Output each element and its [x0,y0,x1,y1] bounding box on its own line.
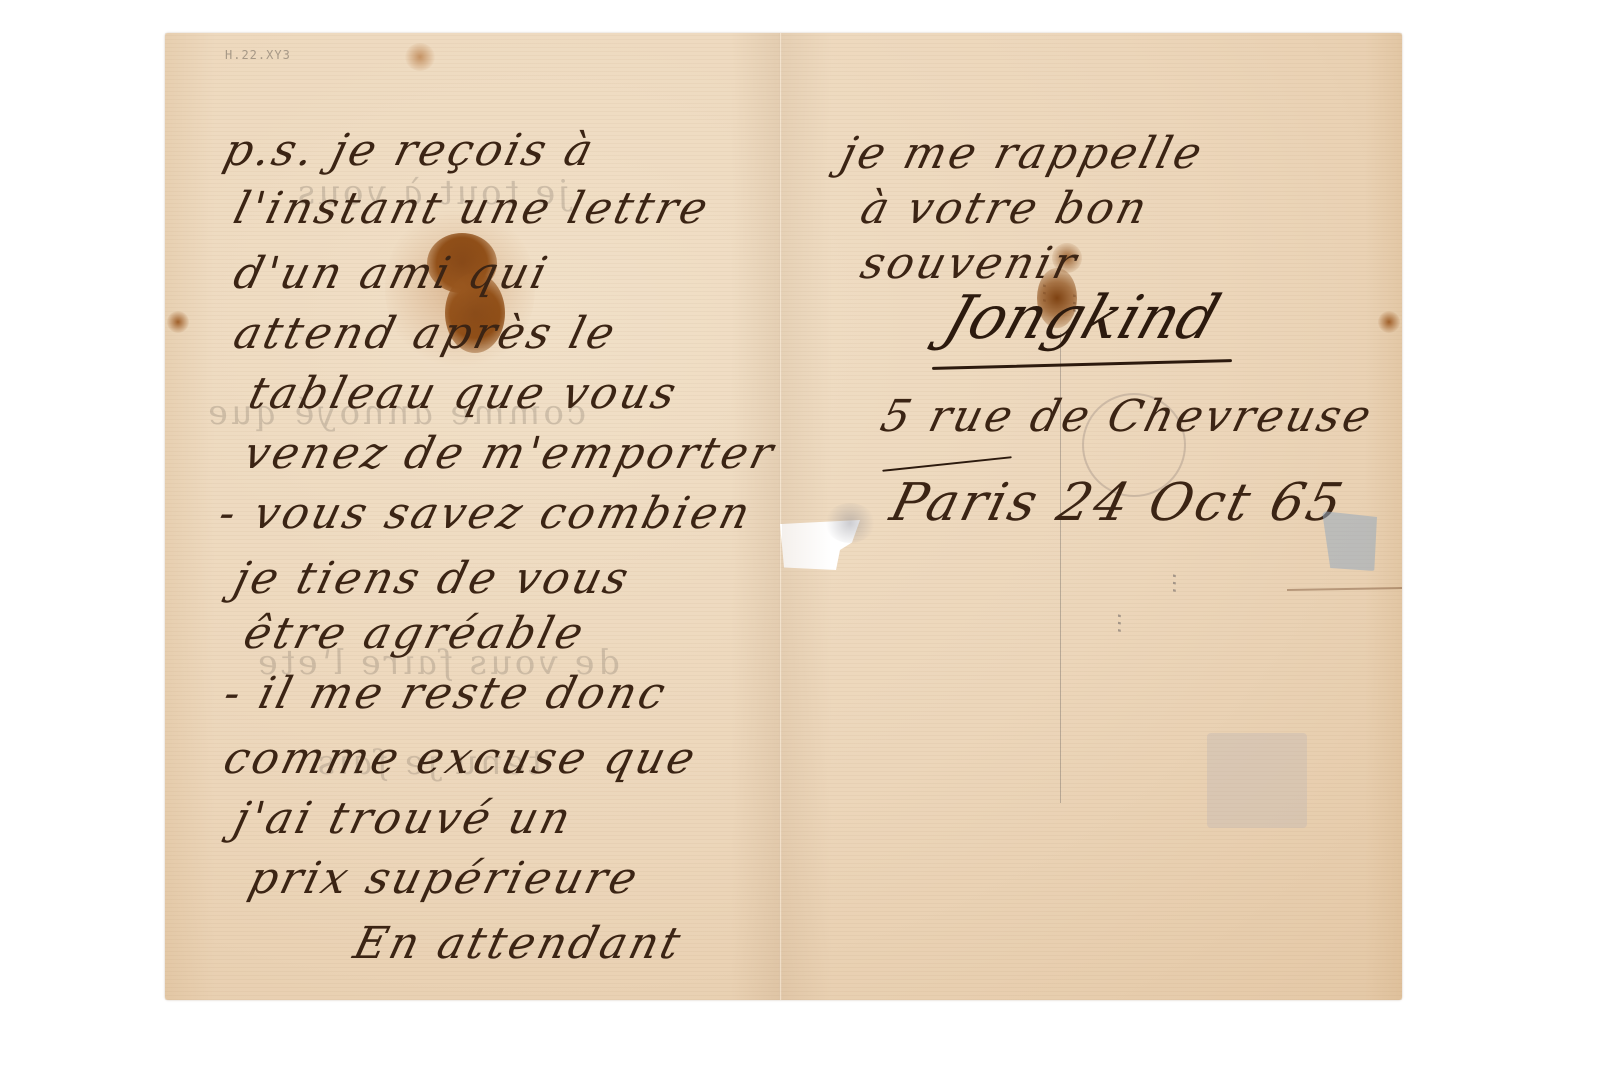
signature: Jongkind [936,283,1229,353]
edge-stain [1378,311,1400,333]
letter-line: d'un ami qui [229,248,555,299]
letter-line: je me rappelle [836,128,1210,179]
edge-stain [167,311,189,333]
letter-line: prix supérieure [244,853,645,904]
letter-line: En attendant [349,918,689,969]
tape-residue [1322,511,1377,571]
letter-line: p.s. je reçois à [219,125,601,176]
dateline-flourish [882,456,1011,472]
archive-pencil-annotation: H.22.XY3 [225,48,291,62]
letter-line: l'instant une lettre [229,183,716,234]
pencil-note-column: … [1067,293,1092,813]
dateline: Paris 24 Oct 65 [885,473,1351,533]
address-line: 5 rue de Chevreuse [876,391,1379,442]
paper-tear [1287,587,1402,591]
pencil-note-column: … [1167,573,1192,803]
pencil-note-column: … [1112,613,1137,833]
left-page: H.22.XY3 je tout à vous comme annoyé que… [165,33,780,1000]
letter-line: à votre bon [856,183,1155,234]
letter-line: souvenir [856,238,1084,289]
letter-line: - vous savez combien [214,488,758,539]
letter-line: être agréable [239,608,591,659]
letter-line: j'ai trouvé un [229,793,579,844]
tape-shadow [1207,733,1307,828]
right-page: … … … … je me rappelle à votre bon souve… [782,33,1402,1000]
letter-line: comme excuse que [219,733,703,784]
letter-line: attend après le [229,308,623,359]
edge-stain [405,43,435,71]
letter-line: venez de m'emporter [239,428,781,479]
letter-line: tableau que vous [244,368,684,419]
pencil-note-column: … [1037,283,1062,803]
letter-line: je tiens de vous [229,553,637,604]
letter-line: - il me reste donc [219,668,673,719]
letter-sheet: H.22.XY3 je tout à vous comme annoyé que… [165,33,1402,1000]
